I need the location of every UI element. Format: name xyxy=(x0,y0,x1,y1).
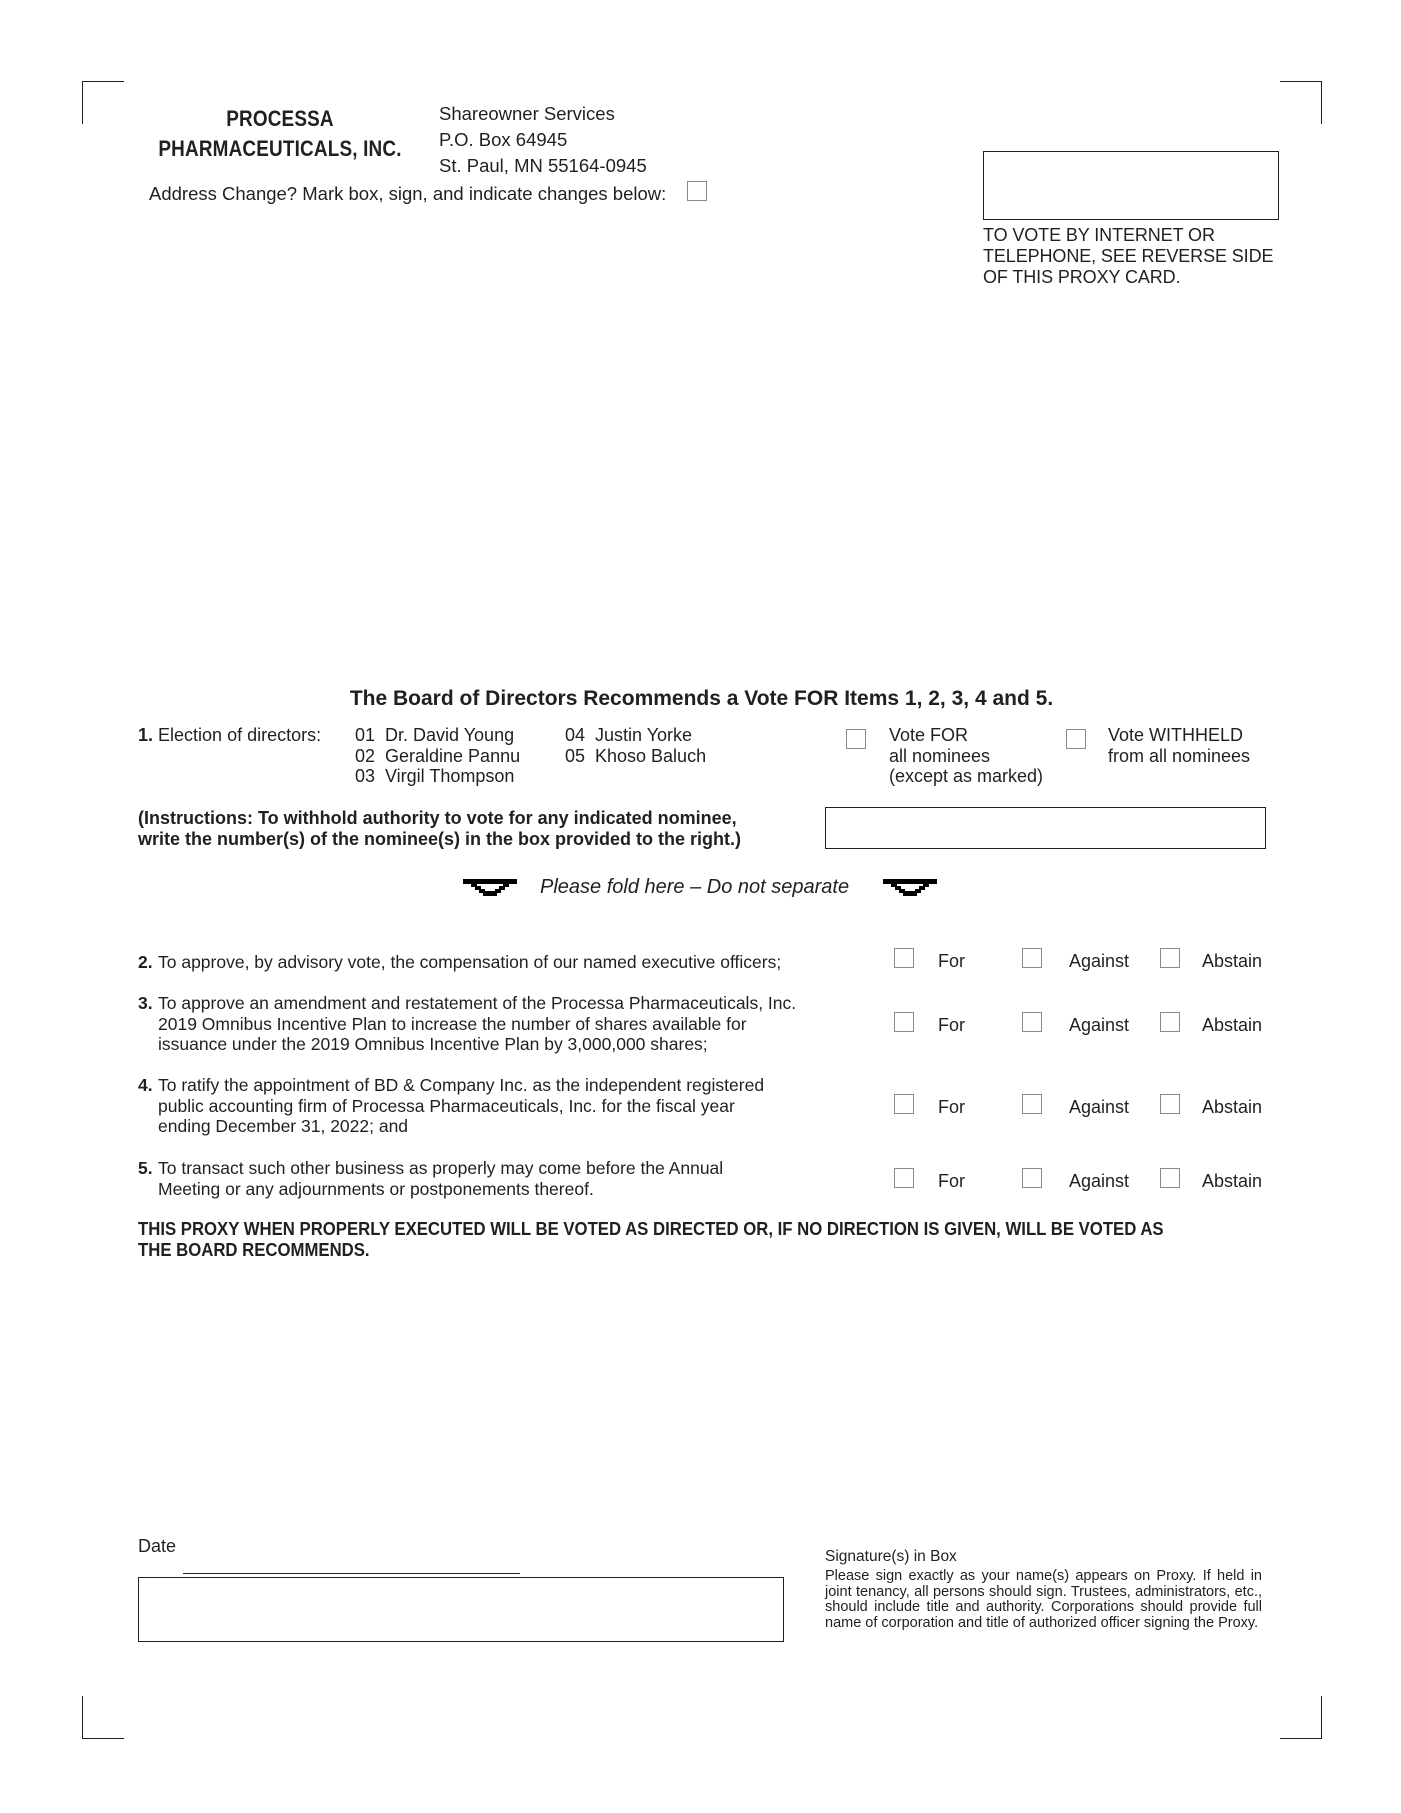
item-3: 3. To approve an amendment and restateme… xyxy=(138,993,796,1055)
crop-mark-top-left xyxy=(82,81,124,124)
item-line: To approve, by advisory vote, the compen… xyxy=(158,952,781,973)
date-input-line[interactable] xyxy=(183,1553,520,1574)
item5-against-label: Against xyxy=(1069,1171,1129,1191)
date-label: Date xyxy=(138,1536,176,1556)
notice-line: OF THIS PROXY CARD. xyxy=(983,267,1273,288)
item2-for-label: For xyxy=(938,951,965,971)
return-address-line: P.O. Box 64945 xyxy=(439,127,647,153)
item3-for-checkbox[interactable] xyxy=(894,1012,914,1032)
withhold-instructions: (Instructions: To withhold authority to … xyxy=(138,808,741,850)
nominee-list: 01Dr. David Young 02Geraldine Pannu 03Vi… xyxy=(355,725,520,787)
instructions-line: (Instructions: To withhold authority to … xyxy=(138,808,741,829)
item1-text: Election of directors: xyxy=(158,725,321,745)
nominee-02: 02Geraldine Pannu xyxy=(355,746,520,767)
item4-against-checkbox[interactable] xyxy=(1022,1094,1042,1114)
item5-abstain-checkbox[interactable] xyxy=(1160,1168,1180,1188)
item-number: 2. xyxy=(138,952,153,973)
nominee-list-2: 04Justin Yorke 05Khoso Baluch xyxy=(565,725,706,766)
item5-abstain-label: Abstain xyxy=(1202,1171,1262,1191)
fold-arrow-right-icon xyxy=(883,875,937,899)
item4-abstain-checkbox[interactable] xyxy=(1160,1094,1180,1114)
proxy-execution-note: THIS PROXY WHEN PROPERLY EXECUTED WILL B… xyxy=(138,1219,1164,1261)
vote-withheld-all-checkbox[interactable] xyxy=(1066,729,1086,749)
crop-mark-top-right xyxy=(1280,81,1322,124)
item2-abstain-checkbox[interactable] xyxy=(1160,948,1180,968)
item5-for-label: For xyxy=(938,1171,965,1191)
fold-notice: Please fold here – Do not separate xyxy=(540,877,849,897)
internet-telephone-vote-notice: TO VOTE BY INTERNET OR TELEPHONE, SEE RE… xyxy=(983,225,1273,288)
item1-label: 1. Election of directors: xyxy=(138,725,321,745)
item2-abstain-label: Abstain xyxy=(1202,951,1262,971)
signature-heading: Signature(s) in Box xyxy=(825,1547,957,1567)
notice-line: TO VOTE BY INTERNET OR xyxy=(983,225,1273,246)
item2-against-label: Against xyxy=(1069,951,1129,971)
fold-arrow-left-icon xyxy=(463,875,517,899)
vote-withheld-line: Vote WITHHELD xyxy=(1108,725,1250,746)
item-line: issuance under the 2019 Omnibus Incentiv… xyxy=(158,1034,796,1055)
vote-for-line: (except as marked) xyxy=(889,766,1043,787)
item-line: Meeting or any adjournments or postponem… xyxy=(158,1179,723,1200)
item-line: public accounting firm of Processa Pharm… xyxy=(158,1096,764,1117)
item4-for-label: For xyxy=(938,1097,965,1117)
item-2: 2. To approve, by advisory vote, the com… xyxy=(138,952,781,973)
vote-withheld-all-label: Vote WITHHELD from all nominees xyxy=(1108,725,1250,766)
item3-against-checkbox[interactable] xyxy=(1022,1012,1042,1032)
item-line: To transact such other business as prope… xyxy=(158,1158,723,1179)
return-address: Shareowner Services P.O. Box 64945 St. P… xyxy=(439,101,647,179)
withhold-nominee-numbers-input[interactable] xyxy=(825,807,1266,849)
item-line: To approve an amendment and restatement … xyxy=(158,993,796,1014)
signature-input-box[interactable] xyxy=(138,1577,784,1642)
item3-abstain-label: Abstain xyxy=(1202,1015,1262,1035)
notice-line: TELEPHONE, SEE REVERSE SIDE xyxy=(983,246,1273,267)
barcode-box xyxy=(983,151,1279,220)
nominee-04: 04Justin Yorke xyxy=(565,725,706,746)
crop-mark-bottom-right xyxy=(1280,1696,1322,1739)
address-change-checkbox[interactable] xyxy=(687,181,707,201)
item-4: 4. To ratify the appointment of BD & Com… xyxy=(138,1075,764,1137)
item-number: 4. xyxy=(138,1075,153,1096)
instructions-line: write the number(s) of the nominee(s) in… xyxy=(138,829,741,850)
proxy-note-line: THIS PROXY WHEN PROPERLY EXECUTED WILL B… xyxy=(138,1219,1164,1240)
vote-for-line: all nominees xyxy=(889,746,1043,767)
signature-instructions: Please sign exactly as your name(s) appe… xyxy=(825,1569,1262,1631)
item-number: 3. xyxy=(138,993,153,1014)
return-address-line: Shareowner Services xyxy=(439,101,647,127)
board-recommendation-heading: The Board of Directors Recommends a Vote… xyxy=(0,687,1401,711)
nominee-01: 01Dr. David Young xyxy=(355,725,520,746)
vote-for-line: Vote FOR xyxy=(889,725,1043,746)
item-line: To ratify the appointment of BD & Compan… xyxy=(158,1075,764,1096)
item3-for-label: For xyxy=(938,1015,965,1035)
return-address-line: St. Paul, MN 55164-0945 xyxy=(439,153,647,179)
item3-abstain-checkbox[interactable] xyxy=(1160,1012,1180,1032)
item4-for-checkbox[interactable] xyxy=(894,1094,914,1114)
company-name-line1: PROCESSA xyxy=(151,104,409,134)
crop-mark-bottom-left xyxy=(82,1696,124,1739)
item-line: ending December 31, 2022; and xyxy=(158,1116,764,1137)
item1-number: 1. xyxy=(138,725,153,745)
address-change-label: Address Change? Mark box, sign, and indi… xyxy=(149,184,666,204)
vote-for-all-label: Vote FOR all nominees (except as marked) xyxy=(889,725,1043,787)
item-number: 5. xyxy=(138,1158,153,1179)
item2-for-checkbox[interactable] xyxy=(894,948,914,968)
item4-against-label: Against xyxy=(1069,1097,1129,1117)
company-name-line2: PHARMACEUTICALS, INC. xyxy=(151,134,409,164)
item4-abstain-label: Abstain xyxy=(1202,1097,1262,1117)
company-name: PROCESSA PHARMACEUTICALS, INC. xyxy=(151,104,409,164)
item5-against-checkbox[interactable] xyxy=(1022,1168,1042,1188)
proxy-note-line: THE BOARD RECOMMENDS. xyxy=(138,1240,1164,1261)
item5-for-checkbox[interactable] xyxy=(894,1168,914,1188)
nominee-05: 05Khoso Baluch xyxy=(565,746,706,767)
vote-for-all-checkbox[interactable] xyxy=(846,729,866,749)
item-line: 2019 Omnibus Incentive Plan to increase … xyxy=(158,1014,796,1035)
nominee-03: 03Virgil Thompson xyxy=(355,766,520,787)
item2-against-checkbox[interactable] xyxy=(1022,948,1042,968)
vote-withheld-line: from all nominees xyxy=(1108,746,1250,767)
item3-against-label: Against xyxy=(1069,1015,1129,1035)
item-5: 5. To transact such other business as pr… xyxy=(138,1158,723,1199)
